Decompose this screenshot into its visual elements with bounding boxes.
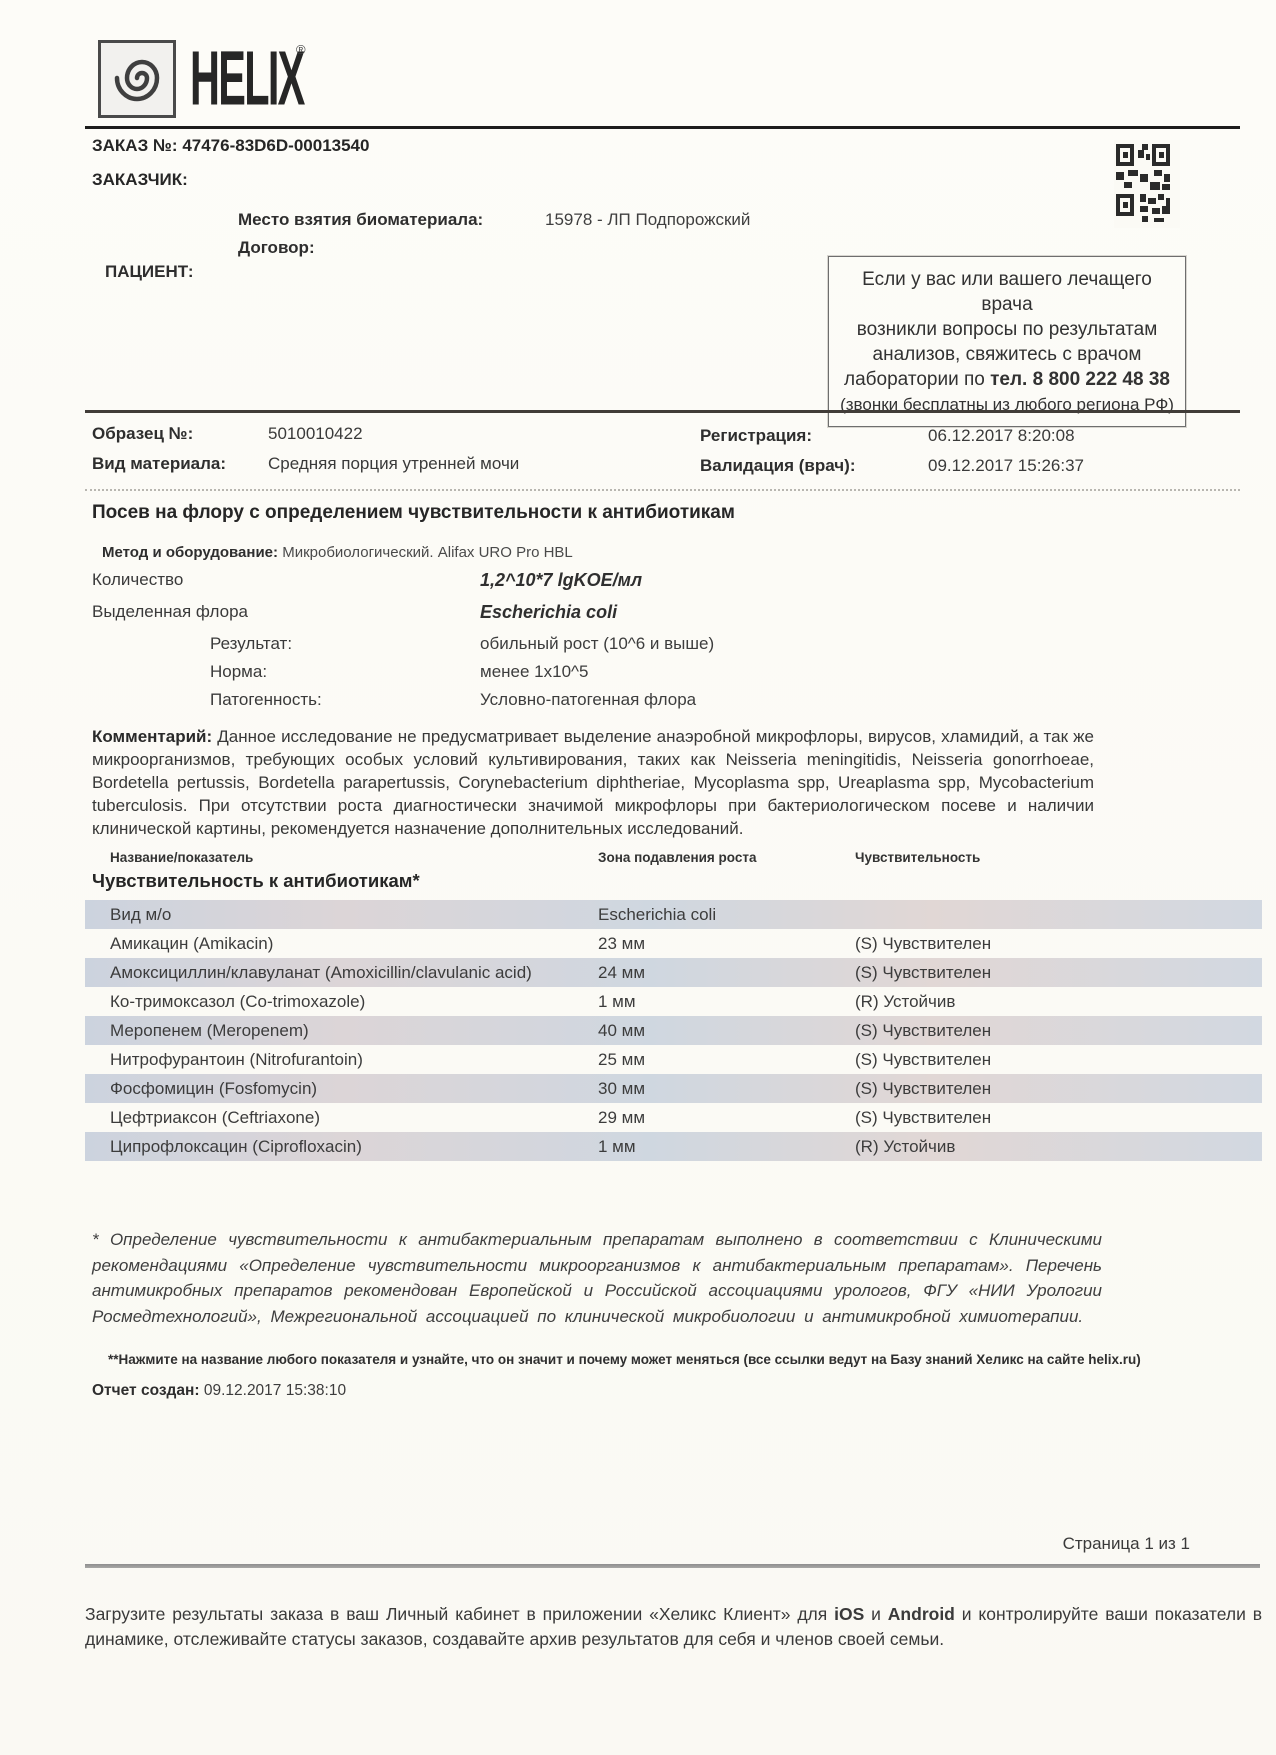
column-header-name: Название/показатель (110, 850, 253, 865)
column-header-zone: Зона подавления роста (598, 850, 756, 865)
notice-phone-prefix: лаборатории по (844, 369, 990, 390)
contract-label: Договор: (238, 238, 315, 258)
sensitivity-value: (S) Чувствителен (855, 1104, 991, 1131)
validation-datetime: 09.12.2017 15:26:37 (928, 456, 1084, 476)
report-created-datetime: 09.12.2017 15:38:10 (204, 1382, 346, 1399)
antibiotic-name: Ципрофлоксацин (Ciprofloxacin) (110, 1133, 580, 1160)
sensitivity-value: (S) Чувствителен (855, 1017, 991, 1044)
table-row: Цефтриаксон (Ceftriaxone) 29 мм (S) Чувс… (85, 1103, 1262, 1132)
result-row-label: Количество (92, 570, 183, 589)
registration-datetime: 06.12.2017 8:20:08 (928, 426, 1075, 446)
lab-report-page: HELIX ® ЗАКАЗ №: 47476-83D6D-00013540 ЗА… (0, 0, 1276, 1755)
result-row-label: Выделенная флора (92, 602, 248, 621)
table-row: Ципрофлоксацин (Ciprofloxacin) 1 мм (R) … (85, 1132, 1262, 1161)
footer-ios-label: iOS (834, 1604, 864, 1624)
notice-line: лаборатории по тел. 8 800 222 48 38 (837, 367, 1177, 392)
result-row: Количество 1,2^10*7 lgKOE/мл (92, 570, 1092, 602)
result-sub-label: Патогенность: (210, 690, 322, 709)
antibiotic-name: Цефтриаксон (Ceftriaxone) (110, 1104, 580, 1131)
customer-label: ЗАКАЗЧИК: (92, 170, 188, 190)
zone-value: 1 мм (598, 988, 636, 1015)
methodology-footnote: * Определение чувствительности к антибак… (92, 1227, 1102, 1329)
result-sub-row: Патогенность: Условно-патогенная флора (210, 690, 1110, 718)
validation-label: Валидация (врач): (700, 456, 856, 476)
page-number: Страница 1 из 1 (1063, 1534, 1190, 1554)
report-created-label: Отчет создан: (92, 1382, 200, 1399)
table-row: Вид м/о Escherichia coli (85, 900, 1262, 929)
table-row: Фосфомицин (Fosfomycin) 30 мм (S) Чувств… (85, 1074, 1262, 1103)
patient-section-label: ПАЦИЕНТ: (105, 262, 194, 282)
table-row: Нитрофурантоин (Nitrofurantoin) 25 мм (S… (85, 1045, 1262, 1074)
header-divider (85, 126, 1240, 129)
result-row-value: Escherichia coli (480, 602, 617, 623)
material-type-value: Средняя порция утренней мочи (268, 454, 519, 474)
notice-line: анализов, свяжитесь с врачом (837, 342, 1177, 367)
biomaterial-place-value: 15978 - ЛП Подпорожский (545, 210, 750, 230)
comment-paragraph: Комментарий: Данное исследование не пред… (92, 725, 1094, 840)
result-sub-rows: Результат: обильный рост (10^6 и выше) Н… (210, 634, 1110, 718)
zone-value: 1 мм (598, 1133, 636, 1160)
sensitivity-value: (S) Чувствителен (855, 959, 991, 986)
zone-value: 40 мм (598, 1017, 645, 1044)
order-label: ЗАКАЗ №: (92, 136, 178, 155)
notice-line: возникли вопросы по результатам (837, 317, 1177, 342)
result-main-rows: Количество 1,2^10*7 lgKOE/мл Выделенная … (92, 570, 1092, 634)
antibiotic-name: Нитрофурантоин (Nitrofurantoin) (110, 1046, 580, 1073)
antibiotics-section-title: Чувствительность к антибиотикам* (92, 870, 420, 892)
zone-value: 29 мм (598, 1104, 645, 1131)
antibiotic-name: Меропенем (Meropenem) (110, 1017, 580, 1044)
registration-label: Регистрация: (700, 426, 812, 446)
order-number: 47476-83D6D-00013540 (182, 136, 369, 155)
footer-promo-text: Загрузите результаты заказа в ваш Личный… (85, 1602, 1262, 1653)
sensitivity-value: (S) Чувствителен (855, 1075, 991, 1102)
method-line: Метод и оборудование: Микробиологический… (102, 544, 573, 561)
dotted-divider (85, 489, 1240, 491)
sensitivity-value: (R) Устойчив (855, 988, 955, 1015)
sample-number-label: Образец №: (92, 424, 193, 444)
lab-phone-number: тел. 8 800 222 48 38 (990, 369, 1170, 390)
zone-value: 30 мм (598, 1075, 645, 1102)
table-row: Ко-тримоксазол (Co-trimoxazole) 1 мм (R)… (85, 987, 1262, 1016)
result-sub-row: Норма: менее 1x10^5 (210, 662, 1110, 690)
result-sub-row: Результат: обильный рост (10^6 и выше) (210, 634, 1110, 662)
zone-value: Escherichia coli (598, 901, 716, 928)
sensitivity-value: (R) Устойчив (855, 1133, 955, 1160)
test-title: Посев на флору с определением чувствител… (92, 502, 735, 524)
column-header-sensitivity: Чувствительность (855, 850, 980, 865)
footer-android-label: Android (888, 1604, 955, 1624)
report-created-line: Отчет создан: 09.12.2017 15:38:10 (92, 1382, 346, 1400)
registered-mark: ® (296, 42, 306, 57)
antibiotic-name: Амикацин (Amikacin) (110, 930, 580, 957)
notice-line: Если у вас или вашего лечащего врача (837, 267, 1177, 317)
table-row: Амоксициллин/клавуланат (Amoxicillin/cla… (85, 958, 1262, 987)
antibiotic-name: Ко-тримоксазол (Co-trimoxazole) (110, 988, 580, 1015)
method-label: Метод и оборудование: (102, 544, 278, 561)
zone-value: 25 мм (598, 1046, 645, 1073)
knowledge-base-footnote: **Нажмите на название любого показателя … (108, 1352, 1141, 1367)
zone-value: 23 мм (598, 930, 645, 957)
result-sub-value: обильный рост (10^6 и выше) (480, 634, 714, 654)
helix-logo (98, 40, 176, 118)
comment-text: Данное исследование не предусматривает в… (92, 727, 1094, 838)
antibiotic-name: Вид м/о (110, 901, 580, 928)
comment-label: Комментарий: (92, 727, 212, 746)
spiral-icon (106, 49, 168, 111)
result-row: Выделенная флора Escherichia coli (92, 602, 1092, 634)
result-sub-value: менее 1x10^5 (480, 662, 588, 682)
footer-text-segment: Загрузите результаты заказа в ваш Личный… (85, 1604, 834, 1624)
sensitivity-value: (S) Чувствителен (855, 1046, 991, 1073)
lab-contact-notice-box: Если у вас или вашего лечащего врача воз… (828, 256, 1186, 427)
antibiotics-table: Вид м/о Escherichia coli Амикацин (Amika… (85, 900, 1262, 1161)
method-value: Микробиологический. Alifax URO Pro HBL (282, 544, 573, 561)
table-row: Меропенем (Meropenem) 40 мм (S) Чувствит… (85, 1016, 1262, 1045)
result-row-value: 1,2^10*7 lgKOE/мл (480, 570, 642, 591)
zone-value: 24 мм (598, 959, 645, 986)
sample-number-value: 5010010422 (268, 424, 363, 444)
footer-text-segment: и (864, 1604, 888, 1624)
sensitivity-value: (S) Чувствителен (855, 930, 991, 957)
section-divider (85, 410, 1240, 413)
result-sub-label: Норма: (210, 662, 267, 681)
material-type-label: Вид материала: (92, 454, 226, 474)
notice-free-call-line: (звонки бесплатны из любого региона РФ) (837, 392, 1177, 417)
antibiotic-name: Фосфомицин (Fosfomycin) (110, 1075, 580, 1102)
footer-divider (85, 1564, 1260, 1568)
order-number-line: ЗАКАЗ №: 47476-83D6D-00013540 (92, 136, 369, 156)
antibiotic-name: Амоксициллин/клавуланат (Amoxicillin/cla… (110, 959, 580, 986)
table-row: Амикацин (Amikacin) 23 мм (S) Чувствител… (85, 929, 1262, 958)
result-sub-label: Результат: (210, 634, 292, 653)
logo-wordmark: HELIX (190, 38, 304, 119)
qr-code (1114, 140, 1180, 228)
result-sub-value: Условно-патогенная флора (480, 690, 696, 710)
biomaterial-place-label: Место взятия биоматериала: (238, 210, 483, 230)
